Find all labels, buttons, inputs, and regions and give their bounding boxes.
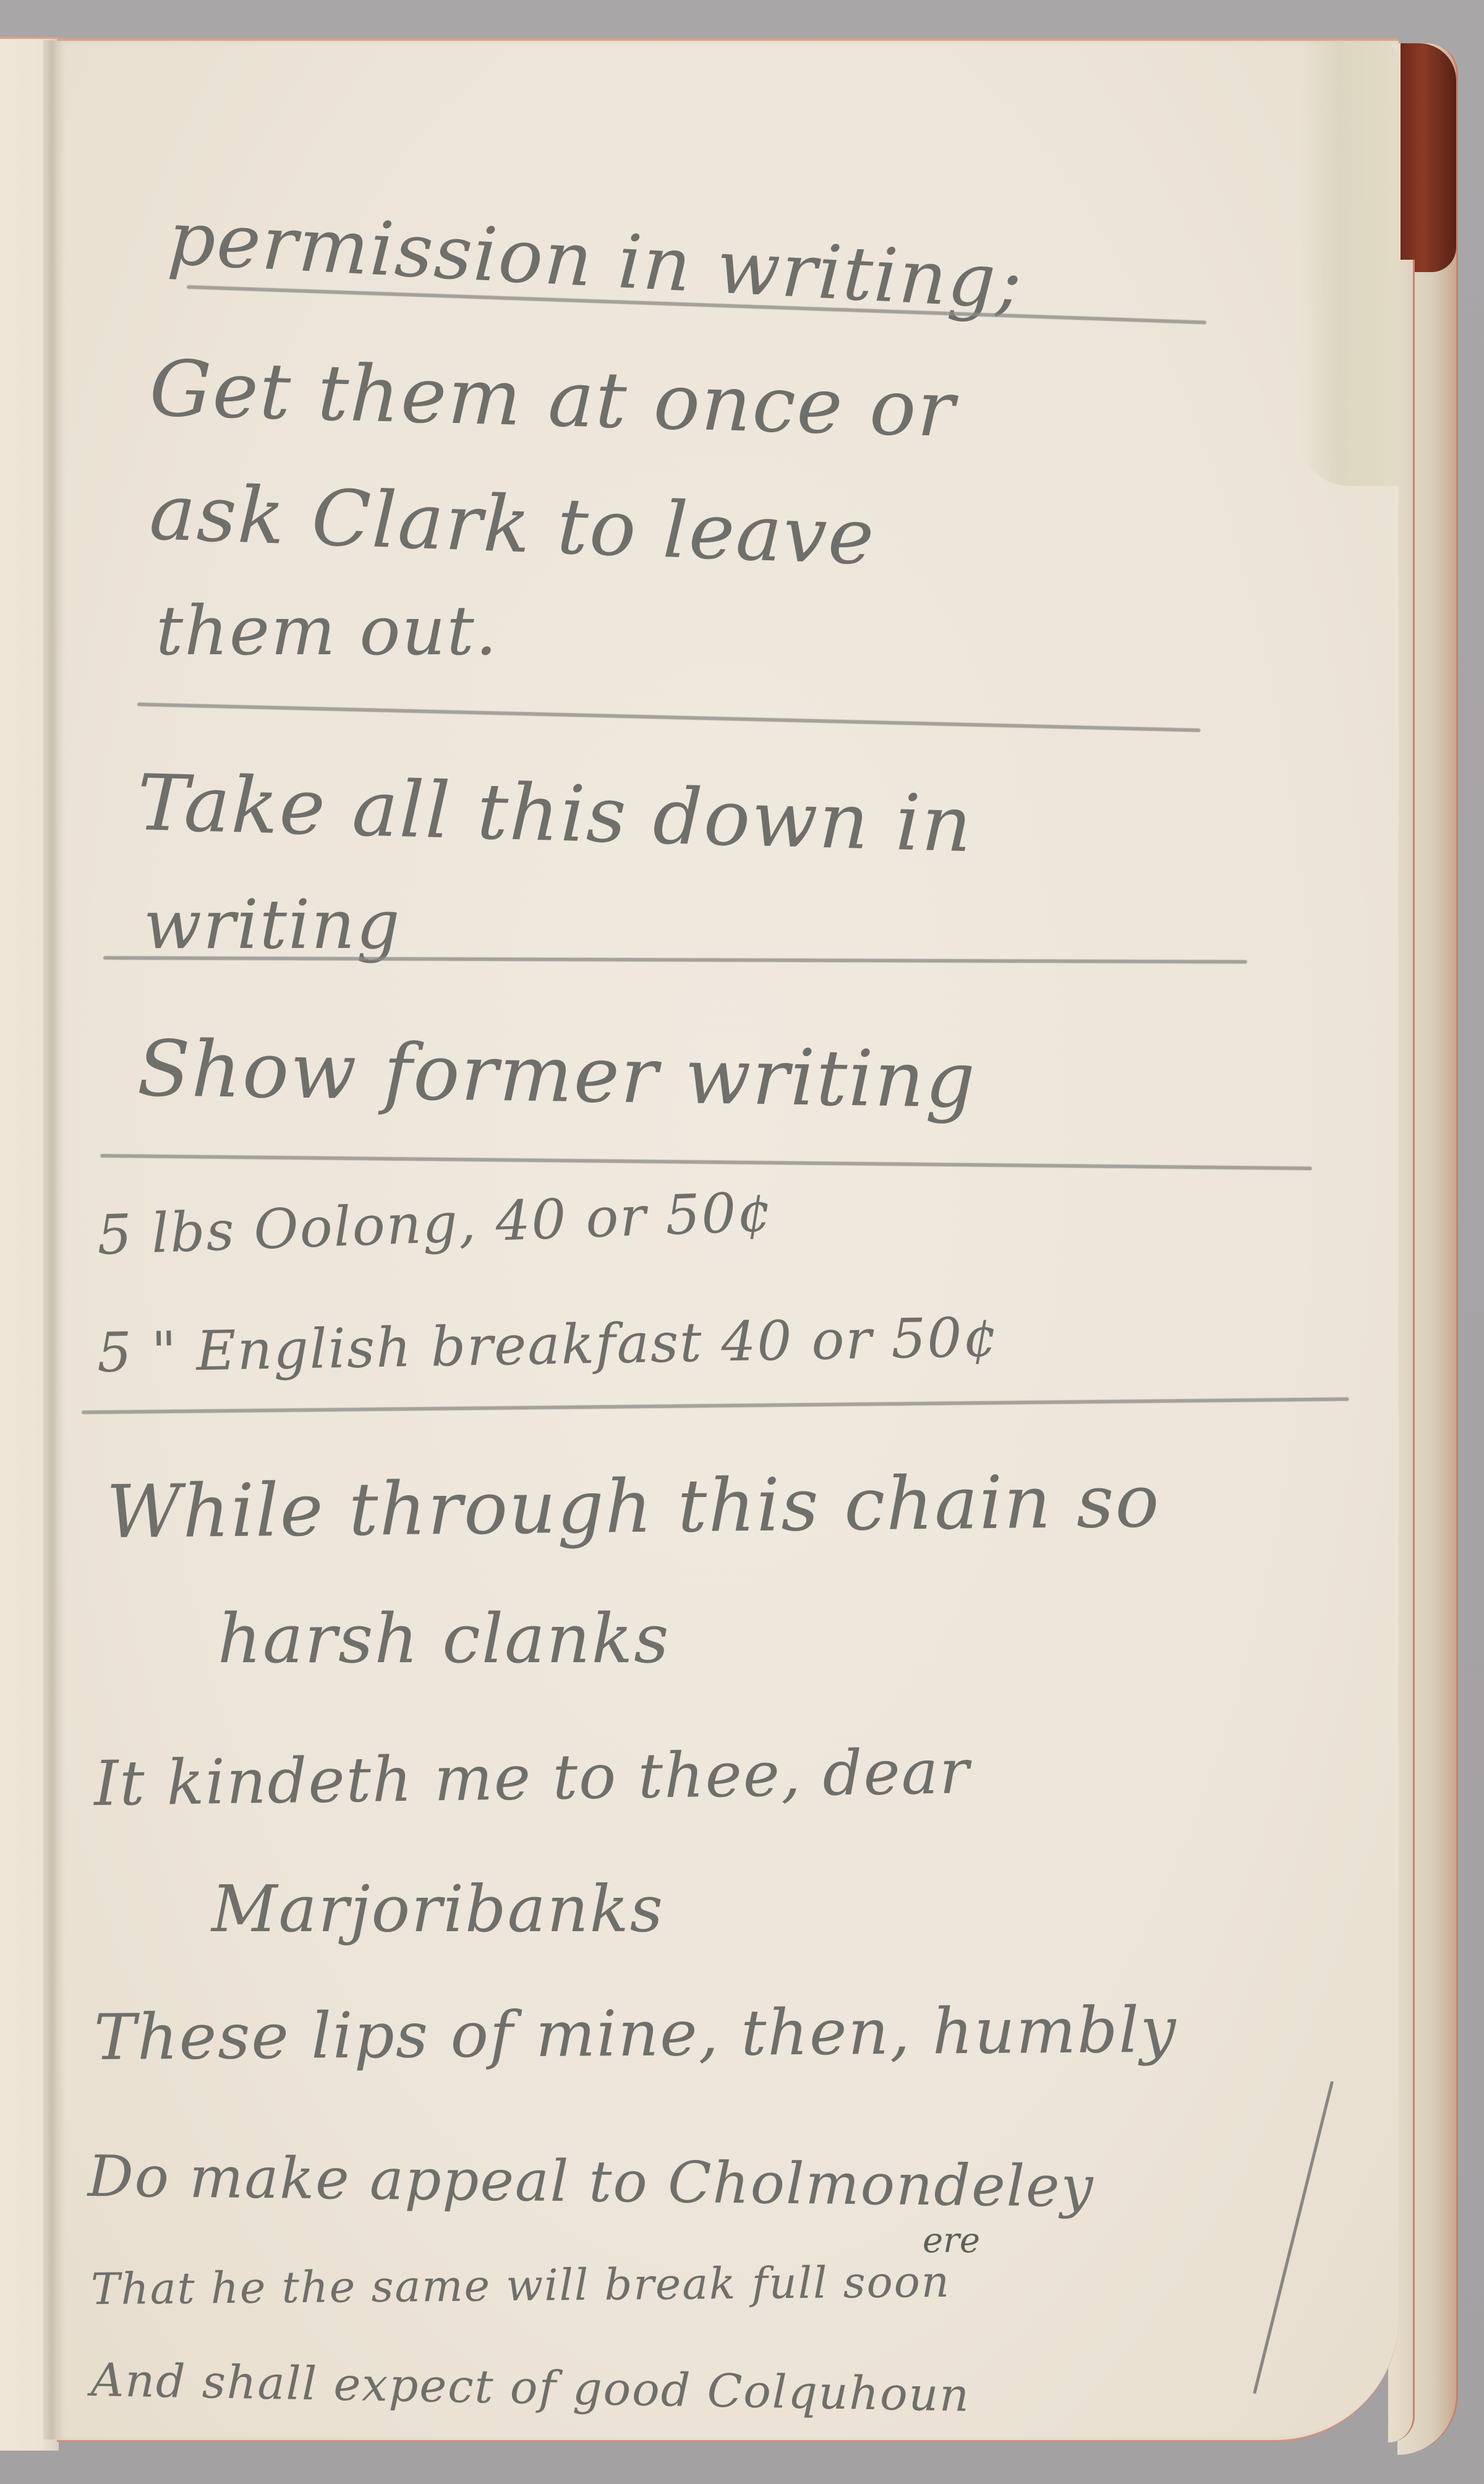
verse-line: That he the same will break full soon [91, 2256, 951, 2315]
handwritten-line: ask Clark to leave [148, 467, 876, 583]
handwritten-line: writing [143, 885, 401, 964]
section-divider [82, 1398, 1349, 1414]
handwritten-line: Show former writing [137, 1024, 977, 1125]
notebook-page: permission in writing; Get them at once … [57, 38, 1399, 2442]
section-divider [100, 1154, 1312, 1171]
handwritten-line: 5 lbs Oolong, 40 or 50¢ [96, 1180, 774, 1267]
handwritten-line: permission in writing; [166, 195, 1025, 326]
water-stain [1300, 41, 1399, 486]
verse-line: It kindeth me to thee, dear [93, 1735, 971, 1820]
verse-line: harsh clanks [218, 1599, 670, 1678]
verse-line: Marjoribanks [211, 1871, 664, 1947]
bracket-mark [1253, 2081, 1334, 2394]
verse-line: These lips of mine, then, humbly [94, 1994, 1177, 2075]
handwritten-line: them out. [156, 591, 498, 670]
handwritten-line: Take all this down in [136, 758, 974, 869]
verse-line: And shall expect of good Colquhoun [90, 2354, 971, 2422]
handwritten-line: 5 " English breakfast 40 or 50¢ [96, 1305, 999, 1385]
handwritten-line: Get them at once or [148, 344, 957, 455]
insertion-note: ere [923, 2221, 980, 2261]
verse-line: While through this chain so [106, 1458, 1161, 1555]
scanned-notebook: permission in writing; Get them at once … [0, 0, 1484, 2484]
section-divider [137, 702, 1201, 732]
leather-binding [1401, 43, 1456, 272]
verse-line: Do make appeal to Cholmondeley [87, 2143, 1094, 2220]
